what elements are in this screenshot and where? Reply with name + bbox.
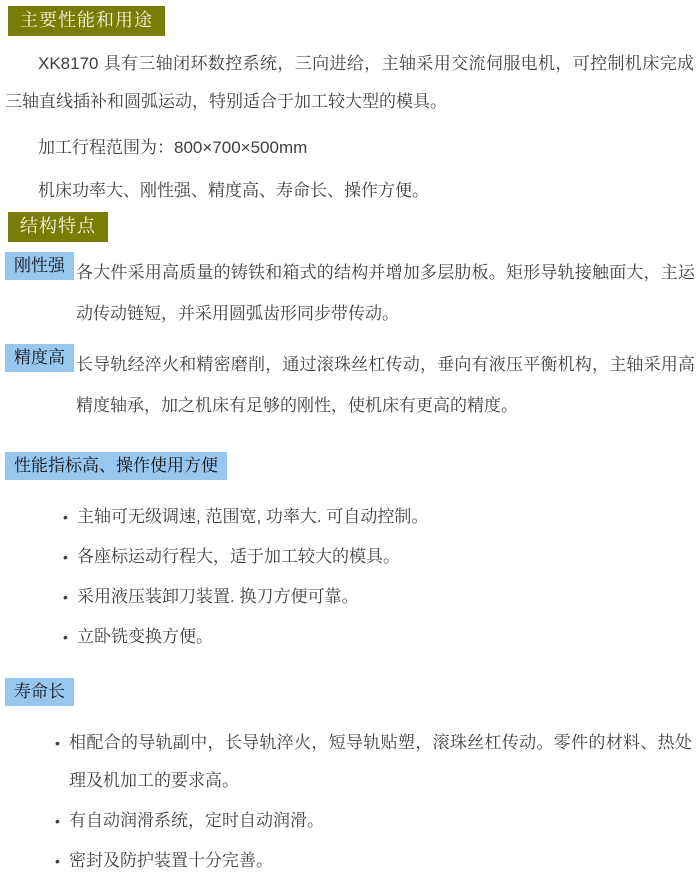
section-heading-structure-features: 结构特点 — [8, 212, 108, 242]
list-item: 各座标运动行程大，适于加工较大的模具。 — [63, 538, 692, 576]
list-item: 采用液压装卸刀装置. 换刀方便可靠。 — [63, 578, 692, 616]
list-item: 主轴可无级调速, 范围宽, 功率大. 可自动控制。 — [63, 498, 692, 536]
feature-label-precision: 精度高 — [5, 344, 74, 372]
long-life-bullet-list: 相配合的导轨副中，长导轨淬火，短导轨贴塑，滚珠丝杠传动。零件的材料、热处理及机加… — [0, 724, 692, 880]
feature-row-rigidity: 刚性强 各大件采用高质量的铸铁和箱式的结构并增加多层肋板。矩形导轨接触面大，主运… — [0, 252, 695, 334]
feature-text-precision: 长导轨经淬火和精密磨削，通过滚珠丝杠传动，垂向有液压平衡机构，主轴采用高精度轴承… — [76, 344, 695, 426]
feature-text-rigidity: 各大件采用高质量的铸铁和箱式的结构并增加多层肋板。矩形导轨接触面大，主运动传动链… — [76, 252, 695, 334]
list-item: 有自动润滑系统，定时自动润滑。 — [55, 802, 692, 840]
performance-bullet-list: 主轴可无级调速, 范围宽, 功率大. 可自动控制。 各座标运动行程大，适于加工较… — [0, 498, 692, 656]
list-item: 密封及防护装置十分完善。 — [55, 842, 692, 880]
subsection-performance-usability: 性能指标高、操作使用方便 — [5, 452, 700, 480]
feature-row-precision: 精度高 长导轨经淬火和精密磨削，通过滚珠丝杠传动，垂向有液压平衡机构，主轴采用高… — [0, 344, 695, 426]
subsection-long-life: 寿命长 — [5, 678, 700, 706]
subsection-label-performance-usability: 性能指标高、操作使用方便 — [5, 452, 227, 480]
section-heading-main-performance: 主要性能和用途 — [8, 6, 165, 36]
paragraph-summary: 机床功率大、刚性强、精度高、寿命长、操作方便。 — [38, 180, 694, 202]
document-page: 主要性能和用途 XK8170 具有三轴闭环数控系统，三向进给，主轴采用交流伺服电… — [0, 0, 700, 890]
subsection-label-long-life: 寿命长 — [5, 678, 74, 706]
feature-label-rigidity: 刚性强 — [5, 252, 74, 280]
list-item: 立卧铣变换方便。 — [63, 618, 692, 656]
list-item: 相配合的导轨副中，长导轨淬火，短导轨贴塑，滚珠丝杠传动。零件的材料、热处理及机加… — [55, 724, 692, 800]
paragraph-overview: XK8170 具有三轴闭环数控系统，三向进给，主轴采用交流伺服电机，可控制机床完… — [5, 45, 694, 121]
paragraph-travel-range: 加工行程范围为：800×700×500mm — [38, 137, 694, 159]
